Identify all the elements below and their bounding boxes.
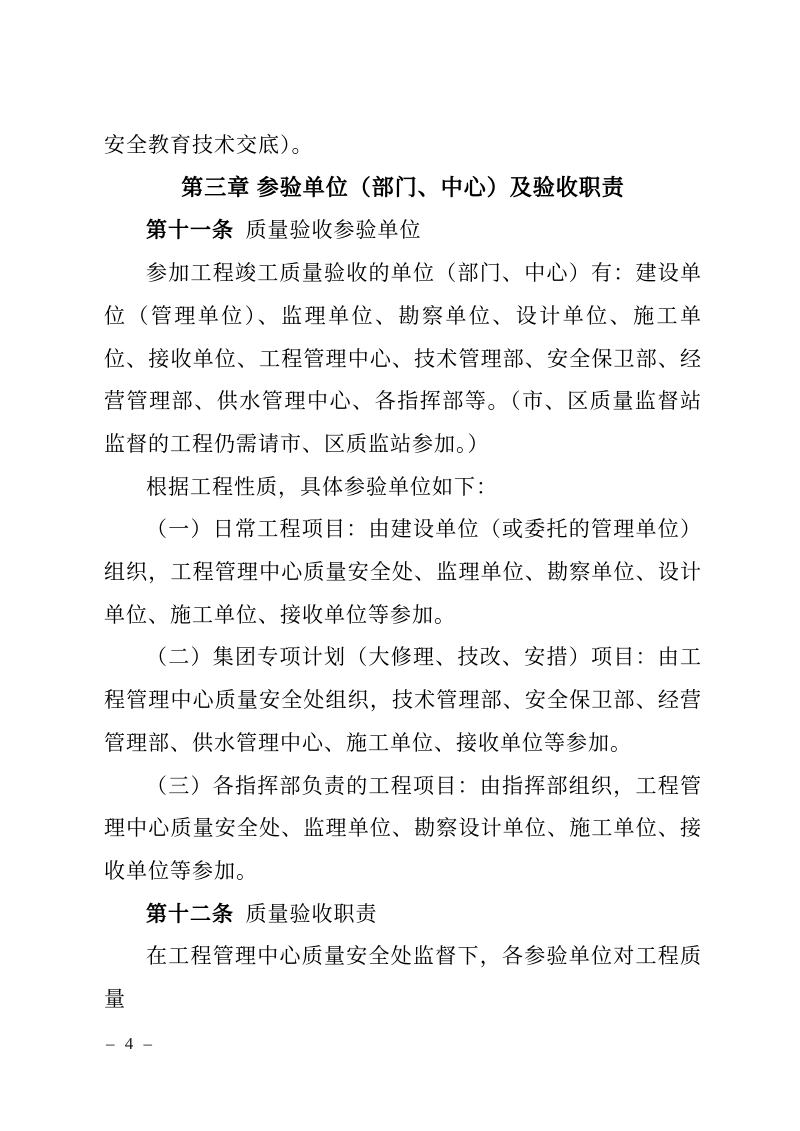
paragraph-participating-units: 参加工程竣工质量验收的单位（部门、中心）有：建设单位（管理单位）、监理单位、勘察… — [104, 252, 702, 466]
paragraph-supervision: 在工程管理中心质量安全处监督下，各参验单位对工程质量 — [104, 935, 702, 1020]
chapter-heading: 第三章 参验单位（部门、中心）及验收职责 — [104, 167, 702, 210]
clause-number: 第十一条 — [146, 218, 234, 242]
paragraph-by-project-nature: 根据工程性质，具体参验单位如下： — [104, 466, 702, 509]
paragraph-item-1: （一）日常工程项目：由建设单位（或委托的管理单位）组织，工程管理中心质量安全处、… — [104, 508, 702, 636]
page-number: – 4 – — [106, 1034, 155, 1054]
clause-heading-12: 第十二条质量验收职责 — [104, 893, 702, 936]
paragraph-item-3: （三）各指挥部负责的工程项目：由指挥部组织，工程管理中心质量安全处、监理单位、勘… — [104, 765, 702, 893]
document-page: 安全教育技术交底）。 第三章 参验单位（部门、中心）及验收职责 第十一条质量验收… — [0, 0, 800, 1131]
clause-title: 质量验收职责 — [234, 902, 378, 926]
clause-number: 第十二条 — [146, 902, 234, 926]
paragraph-item-2: （二）集团专项计划（大修理、技改、安措）项目：由工程管理中心质量安全处组织，技术… — [104, 636, 702, 764]
clause-title: 质量验收参验单位 — [234, 218, 422, 242]
clause-heading-11: 第十一条质量验收参验单位 — [104, 209, 702, 252]
document-content: 安全教育技术交底）。 第三章 参验单位（部门、中心）及验收职责 第十一条质量验收… — [104, 124, 702, 1021]
paragraph-continuation: 安全教育技术交底）。 — [104, 124, 702, 167]
